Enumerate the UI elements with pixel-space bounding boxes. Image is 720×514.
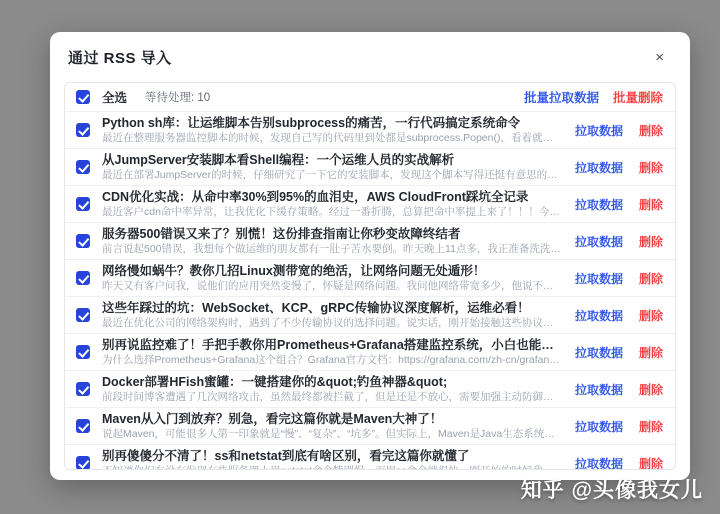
- item-content: Python sh库：让运维脚本告别subprocess的痛苦，一行代码搞定系统…: [102, 116, 561, 145]
- watermark: 知乎 @头像我女儿: [521, 474, 703, 504]
- item-description: 昨天又有客户问我，说他们的应用突然变慢了，怀疑是网络问题。我问他网络带宽多少，他…: [102, 280, 561, 293]
- batch-pull-button[interactable]: 批量拉取数据: [524, 88, 599, 106]
- item-title: 别再说监控难了！手把手教你用Prometheus+Grafana搭建监控系统，小…: [102, 338, 561, 353]
- item-description: 最近在部署JumpServer的时候，仔细研究了一下它的安装脚本，发现这个脚本写…: [102, 169, 561, 182]
- item-actions: 拉取数据 删除: [575, 307, 663, 324]
- item-checkbox[interactable]: [76, 160, 90, 174]
- list-item: CDN优化实战：从命中率30%到95%的血泪史，AWS CloudFront踩坑…: [65, 185, 675, 222]
- item-checkbox[interactable]: [76, 456, 90, 470]
- rss-item-rows: Python sh库：让运维脚本告别subprocess的痛苦，一行代码搞定系统…: [65, 111, 675, 470]
- list-item: Docker部署HFish蜜罐：一键搭建你的&quot;钓鱼神器&quot; 前…: [65, 370, 675, 407]
- pending-count-label: 等待处理: 10: [145, 89, 210, 105]
- item-description: 最近客户cdn命中率异常，让我优化下缓存策略。经过一番折腾，总算把命中率提上来了…: [102, 206, 561, 219]
- item-content: 这些年踩过的坑：WebSocket、KCP、gRPC传输协议深度解析，运维必看！…: [102, 301, 561, 330]
- item-content: 网络慢如蜗牛？教你几招Linux测带宽的绝活，让网络问题无处遁形！ 昨天又有客户…: [102, 264, 561, 293]
- item-checkbox[interactable]: [76, 308, 90, 322]
- item-content: Docker部署HFish蜜罐：一键搭建你的&quot;钓鱼神器&quot; 前…: [102, 375, 561, 404]
- item-checkbox[interactable]: [76, 382, 90, 396]
- pull-data-button[interactable]: 拉取数据: [575, 233, 623, 250]
- item-title: 服务器500错误又来了？别慌！这份排查指南让你秒变故障终结者: [102, 227, 561, 242]
- select-all-label[interactable]: 全选: [102, 88, 127, 106]
- pull-data-button[interactable]: 拉取数据: [575, 270, 623, 287]
- item-description: 说起Maven，可能很多人第一印象就是“慢”、“复杂”、“坑多”。但实际上，Ma…: [102, 428, 561, 441]
- pull-data-button[interactable]: 拉取数据: [575, 307, 623, 324]
- item-content: 别再傻傻分不清了！ss和netstat到底有啥区别，看完这篇你就懂了 不知道你们…: [102, 449, 561, 471]
- item-description: 为什么选择Prometheus+Grafana这个组合？Grafana官方文档：…: [102, 354, 561, 367]
- close-icon[interactable]: ×: [651, 48, 668, 67]
- list-item: 这些年踩过的坑：WebSocket、KCP、gRPC传输协议深度解析，运维必看！…: [65, 296, 675, 333]
- item-title: 网络慢如蜗牛？教你几招Linux测带宽的绝活，让网络问题无处遁形！: [102, 264, 561, 279]
- item-content: 从JumpServer安装脚本看Shell编程：一个运维人员的实战解析 最近在部…: [102, 153, 561, 182]
- delete-button[interactable]: 删除: [639, 307, 663, 324]
- select-all-checkbox[interactable]: [76, 90, 90, 104]
- item-description: 前言说起500错误，我想每个做运维的朋友都有一肚子苦水要倒。昨天晚上11点多，我…: [102, 243, 561, 256]
- item-checkbox[interactable]: [76, 123, 90, 137]
- delete-button[interactable]: 删除: [639, 455, 663, 471]
- item-description: 前段时间博客遭遇了几次网络攻击，虽然最终都被拦截了，但是还是不放心，需要加强主动…: [102, 391, 561, 404]
- pull-data-button[interactable]: 拉取数据: [575, 418, 623, 435]
- item-content: 服务器500错误又来了？别慌！这份排查指南让你秒变故障终结者 前言说起500错误…: [102, 227, 561, 256]
- item-title: 这些年踩过的坑：WebSocket、KCP、gRPC传输协议深度解析，运维必看！: [102, 301, 561, 316]
- list-item: Python sh库：让运维脚本告别subprocess的痛苦，一行代码搞定系统…: [65, 111, 675, 148]
- item-checkbox[interactable]: [76, 345, 90, 359]
- item-actions: 拉取数据 删除: [575, 381, 663, 398]
- list-item: 网络慢如蜗牛？教你几招Linux测带宽的绝活，让网络问题无处遁形！ 昨天又有客户…: [65, 259, 675, 296]
- item-actions: 拉取数据 删除: [575, 344, 663, 361]
- item-actions: 拉取数据 删除: [575, 418, 663, 435]
- item-title: 从JumpServer安装脚本看Shell编程：一个运维人员的实战解析: [102, 153, 561, 168]
- pull-data-button[interactable]: 拉取数据: [575, 344, 623, 361]
- item-actions: 拉取数据 删除: [575, 270, 663, 287]
- item-actions: 拉取数据 删除: [575, 233, 663, 250]
- item-content: 别再说监控难了！手把手教你用Prometheus+Grafana搭建监控系统，小…: [102, 338, 561, 367]
- item-checkbox[interactable]: [76, 197, 90, 211]
- delete-button[interactable]: 删除: [639, 233, 663, 250]
- item-description: 最近在优化公司的网络架构时，遇到了不少传输协议的选择问题。说实话，刚开始接触这些…: [102, 317, 561, 330]
- item-content: CDN优化实战：从命中率30%到95%的血泪史，AWS CloudFront踩坑…: [102, 190, 561, 219]
- delete-button[interactable]: 删除: [639, 122, 663, 139]
- rss-list-container: 全选 等待处理: 10 批量拉取数据 批量删除 Python sh库：让运维脚本…: [64, 82, 676, 470]
- item-content: Maven从入门到放弃？别急，看完这篇你就是Maven大神了！ 说起Maven，…: [102, 412, 561, 441]
- item-title: Maven从入门到放弃？别急，看完这篇你就是Maven大神了！: [102, 412, 561, 427]
- delete-button[interactable]: 删除: [639, 418, 663, 435]
- item-actions: 拉取数据 删除: [575, 455, 663, 471]
- list-item: 服务器500错误又来了？别慌！这份排查指南让你秒变故障终结者 前言说起500错误…: [65, 222, 675, 259]
- pull-data-button[interactable]: 拉取数据: [575, 159, 623, 176]
- item-actions: 拉取数据 删除: [575, 196, 663, 213]
- list-item: Maven从入门到放弃？别急，看完这篇你就是Maven大神了！ 说起Maven，…: [65, 407, 675, 444]
- item-checkbox[interactable]: [76, 234, 90, 248]
- pull-data-button[interactable]: 拉取数据: [575, 122, 623, 139]
- pull-data-button[interactable]: 拉取数据: [575, 196, 623, 213]
- modal-header: 通过 RSS 导入 ×: [50, 32, 690, 68]
- item-actions: 拉取数据 删除: [575, 122, 663, 139]
- item-checkbox[interactable]: [76, 419, 90, 433]
- delete-button[interactable]: 删除: [639, 344, 663, 361]
- item-description: 最近在整理服务器监控脚本的时候，发现自己写的代码里到处都是subprocess.…: [102, 132, 561, 145]
- modal-title: 通过 RSS 导入: [68, 47, 172, 68]
- list-toolbar: 全选 等待处理: 10 批量拉取数据 批量删除: [65, 83, 675, 111]
- rss-import-modal: 通过 RSS 导入 × 全选 等待处理: 10 批量拉取数据 批量删除 Pyth…: [50, 32, 690, 480]
- delete-button[interactable]: 删除: [639, 159, 663, 176]
- delete-button[interactable]: 删除: [639, 196, 663, 213]
- item-checkbox[interactable]: [76, 271, 90, 285]
- delete-button[interactable]: 删除: [639, 270, 663, 287]
- batch-delete-button[interactable]: 批量删除: [613, 88, 663, 106]
- item-title: CDN优化实战：从命中率30%到95%的血泪史，AWS CloudFront踩坑…: [102, 190, 561, 205]
- item-actions: 拉取数据 删除: [575, 159, 663, 176]
- item-title: Docker部署HFish蜜罐：一键搭建你的&quot;钓鱼神器&quot;: [102, 375, 561, 390]
- pull-data-button[interactable]: 拉取数据: [575, 455, 623, 471]
- list-item: 别再傻傻分不清了！ss和netstat到底有啥区别，看完这篇你就懂了 不知道你们…: [65, 444, 675, 470]
- pull-data-button[interactable]: 拉取数据: [575, 381, 623, 398]
- list-item: 别再说监控难了！手把手教你用Prometheus+Grafana搭建监控系统，小…: [65, 333, 675, 370]
- item-title: Python sh库：让运维脚本告别subprocess的痛苦，一行代码搞定系统…: [102, 116, 561, 131]
- item-title: 别再傻傻分不清了！ss和netstat到底有啥区别，看完这篇你就懂了: [102, 449, 561, 464]
- list-item: 从JumpServer安装脚本看Shell编程：一个运维人员的实战解析 最近在部…: [65, 148, 675, 185]
- item-description: 不知道你们有没有发现有些服务器上用netstat命令特别慢，而用ss命令就很快。…: [102, 465, 561, 471]
- delete-button[interactable]: 删除: [639, 381, 663, 398]
